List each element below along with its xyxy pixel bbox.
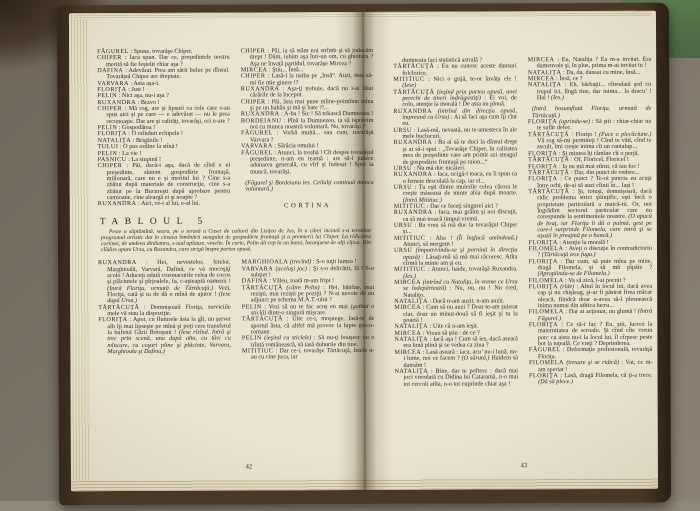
dialogue-entry: TĂRTĂCUŢĂ (ieşind prin partea opusă, une… xyxy=(393,89,517,109)
speaker-name: DAFINA xyxy=(97,67,123,74)
dialogue-entry: FLORIŢA : Ce să-i fac ? Eu, ştii, lucrez… xyxy=(529,322,653,348)
speaker-name: CHIPER xyxy=(241,98,266,105)
speaker-name: TĂRTĂCUŢĂ xyxy=(242,284,283,291)
speaker-name: TĂRTĂCUŢĂ xyxy=(528,131,569,138)
speaker-name: RUXANDRA xyxy=(394,171,433,178)
speaker-name: CHIPER xyxy=(98,162,123,169)
speaker-name: NATALIŢA xyxy=(394,336,428,343)
speaker-name: MITITIUC xyxy=(242,347,273,354)
page-number-left: 42 xyxy=(111,463,387,471)
right-page-column-1: dumneata faci statistică astrală ?TĂRTĂC… xyxy=(393,57,518,387)
speaker-name: FILOMELA xyxy=(529,359,564,366)
left-page-top-section: FĂGUREL : Spune, tovarăşe Chiper.CHIPER … xyxy=(97,48,374,210)
speaker-name: CHIPER xyxy=(97,105,122,112)
speaker-name: MIRCEA xyxy=(394,304,421,311)
right-page: dumneata faci statistică astrală ?TĂRTĂC… xyxy=(393,57,652,388)
speaker-name: TĂRTĂCUŢĂ xyxy=(393,63,434,70)
dialogue-entry: TĂRTĂCUŢĂ : Floriţo ! (Face o plecăciune… xyxy=(528,132,652,152)
speaker-name: FLORIŢA xyxy=(529,258,558,265)
dialogue-entry: RUXANDRA : Aici, ce-i al lui, e-al lui. xyxy=(98,201,231,208)
right-page-column-2: MIRCEA : Eu, Nataliţa ? Ea m-a invitat. … xyxy=(528,57,653,386)
dialogue-entry: NATALIŢA : Eh, bărbaţii... cîteodată şed… xyxy=(528,82,652,102)
page-edge-stack-left xyxy=(69,13,91,491)
speaker-name: URSU xyxy=(393,127,411,134)
speaker-name: FĂGUREL xyxy=(529,347,561,354)
speaker-name: BORDEIANU xyxy=(241,117,282,124)
dialogue-entry: URSU (împotrivindu-se şi pornind în dire… xyxy=(394,248,518,268)
inline-stage-direction: (oprindu-se) xyxy=(559,118,590,125)
speaker-name: TĂRTĂCUŢĂ xyxy=(98,304,139,311)
speaker-name: CHIPER xyxy=(241,47,266,54)
speaker-name: CHIPER xyxy=(97,54,122,61)
cortina-heading: CORTINA xyxy=(241,203,374,210)
dialogue-entry: TĂRTĂCUŢĂ (către Pelin) : Hei, bătrîne, … xyxy=(242,285,375,305)
dialogue-entry: MITITIUC : Dar ce-i, tovarăşe Tărtăcuţă,… xyxy=(242,348,375,361)
dialogue-entry: MIRCEA : Lasă aseară : iaca, acu’ nu-i l… xyxy=(394,349,518,369)
speaker-name: FĂGUREL xyxy=(241,130,273,137)
speaker-name: RUXANDRA xyxy=(98,200,137,207)
speaker-name: MITITIUC xyxy=(394,234,425,241)
dialogue-entry: MIRCEA (intrînd cu Nataliţa, în vreme ce… xyxy=(394,279,518,299)
inline-stage-direction: (împotrivindu-se şi pornind în direcţia … xyxy=(403,247,518,261)
inline-stage-direction: (acelaşi joc) xyxy=(275,265,306,272)
dialogue-entry: CHIPER : Păi, dacă-i aşa, dacă de cînd e… xyxy=(98,163,231,202)
dialogue-entry: NATALIŢA : Bine, dar te poftesc : dacă m… xyxy=(395,368,519,388)
speaker-name: FLORIŢA xyxy=(528,175,557,182)
speaker-name: PELIN xyxy=(242,335,262,342)
inline-stage-direction: (tresare şi se ridică) xyxy=(566,359,619,366)
dialogue-entry: FLORIŢA : Dar cum, să puie mîna pe mine,… xyxy=(529,258,653,278)
dialogue-entry: RUXANDRA : Hei, nevestelor, fetelor, Mar… xyxy=(98,260,231,305)
dialogue-entry: FĂGUREL : Atunci, la treabă ! Cît despre… xyxy=(241,149,374,175)
stage-direction: (Făgurel şi Bordeianu ies. Ceilalţi cont… xyxy=(241,180,374,193)
speaker-name: MIRCEA xyxy=(394,349,421,356)
speaker-name: NATALIŢA xyxy=(394,368,428,375)
page-number-right: 43 xyxy=(395,462,653,470)
speaker-name: TĂRTĂCUŢĂ xyxy=(528,188,569,195)
dialogue-entry: FLORIŢA : Lasă, dragă Filomela, că ţi-a … xyxy=(529,373,653,386)
dialogue-entry: TĂRTĂCUŢĂ : Şi, totuşi, domnişoară, dacă… xyxy=(528,189,652,240)
speaker-name: RUXANDRA xyxy=(241,85,280,92)
left-page-bottom-column-2: MARGHIOALA (trecînd) : S-o iuţit lumea !… xyxy=(242,259,375,361)
speaker-name: RUXANDRA xyxy=(98,259,137,266)
dialogue-entry: CHIPER : Păi, ia să stăm noi strîmb şi s… xyxy=(241,48,374,68)
speaker-name: FLORIŢA xyxy=(98,316,127,323)
right-page-section: dumneata faci statistică astrală ?TĂRTĂC… xyxy=(393,57,652,388)
dialogue-entry: MIRCEA : Cum să nu auzi ? Doar te-am şui… xyxy=(394,305,518,325)
speaker-name: URSU xyxy=(394,222,412,229)
dialogue-entry: TĂRTĂCUŢĂ : Uite ce-i, moşnege, lasă-te … xyxy=(242,316,375,336)
speaker-name: VARVARA xyxy=(242,265,274,272)
dialogue-entry: CHIPER : Mă rog, are şi lipsuri ca cele … xyxy=(97,106,230,126)
dialogue-entry: RUXANDRA (intrînd din direcţia opusă, îm… xyxy=(393,108,517,128)
speaker-name: URSU xyxy=(394,184,412,191)
speaker-name: CHIPER xyxy=(241,73,266,80)
speaker-name: FLORIŢA xyxy=(529,283,558,290)
speaker-name: FLORIŢA xyxy=(528,118,557,125)
open-book: FĂGUREL : Spune, tovarăşe Chiper.CHIPER … xyxy=(57,3,671,506)
speaker-name: RUXANDRA xyxy=(393,139,432,146)
inline-stage-direction: (rîde) xyxy=(560,283,574,290)
left-page: FĂGUREL : Spune, tovarăşe Chiper.CHIPER … xyxy=(97,48,374,362)
scene-heading: TABLOUL 5 xyxy=(100,218,374,226)
dialogue-entry: FLORIŢA (rîde) : Altul în locul lui, dac… xyxy=(529,284,653,310)
dialogue-entry: RUXANDRA : Ba ai să te duci la dînsul dr… xyxy=(394,140,518,166)
inline-stage-direction: (către Pelin) xyxy=(286,284,319,291)
speaker-name: FĂGUREL xyxy=(241,149,273,156)
dialogue-entry: FLORIŢA : Apoi, cu fluturele ăsta la gît… xyxy=(98,317,231,356)
left-page-bottom-section: RUXANDRA : Hei, nevestelor, fetelor, Mar… xyxy=(98,259,374,362)
inline-stage-direction: (intrînd cu Nataliţa, în vreme ce Ursu s… xyxy=(403,278,518,292)
inline-stage-direction: (ieşind cu sticlele) xyxy=(264,335,311,342)
left-page-column-1: FĂGUREL : Spune, tovarăşe Chiper.CHIPER … xyxy=(97,49,230,208)
speaker-name: MIRCEA xyxy=(528,56,555,63)
speaker-name: TĂRTĂCUŢĂ xyxy=(242,316,283,323)
speaker-name: FLORIŢA xyxy=(529,321,558,328)
book-photo: { "colors": { "paper": "#e9e3cf", "cover… xyxy=(0,0,700,511)
left-page-bottom-column-1: RUXANDRA : Hei, nevestelor, fetelor, Mar… xyxy=(98,260,231,356)
speaker-name: RUXANDRA xyxy=(394,209,433,216)
left-page-column-2: CHIPER : Păi, ia să stăm noi strîmb şi s… xyxy=(241,48,374,209)
scene-stage-direction: Peste o săptămînă, seara, pe o terasă a … xyxy=(101,228,371,253)
speaker-name: NATALIŢA xyxy=(528,82,562,89)
dialogue-entry: URSU : Tu eşti dintre muierile celea căr… xyxy=(394,184,518,204)
